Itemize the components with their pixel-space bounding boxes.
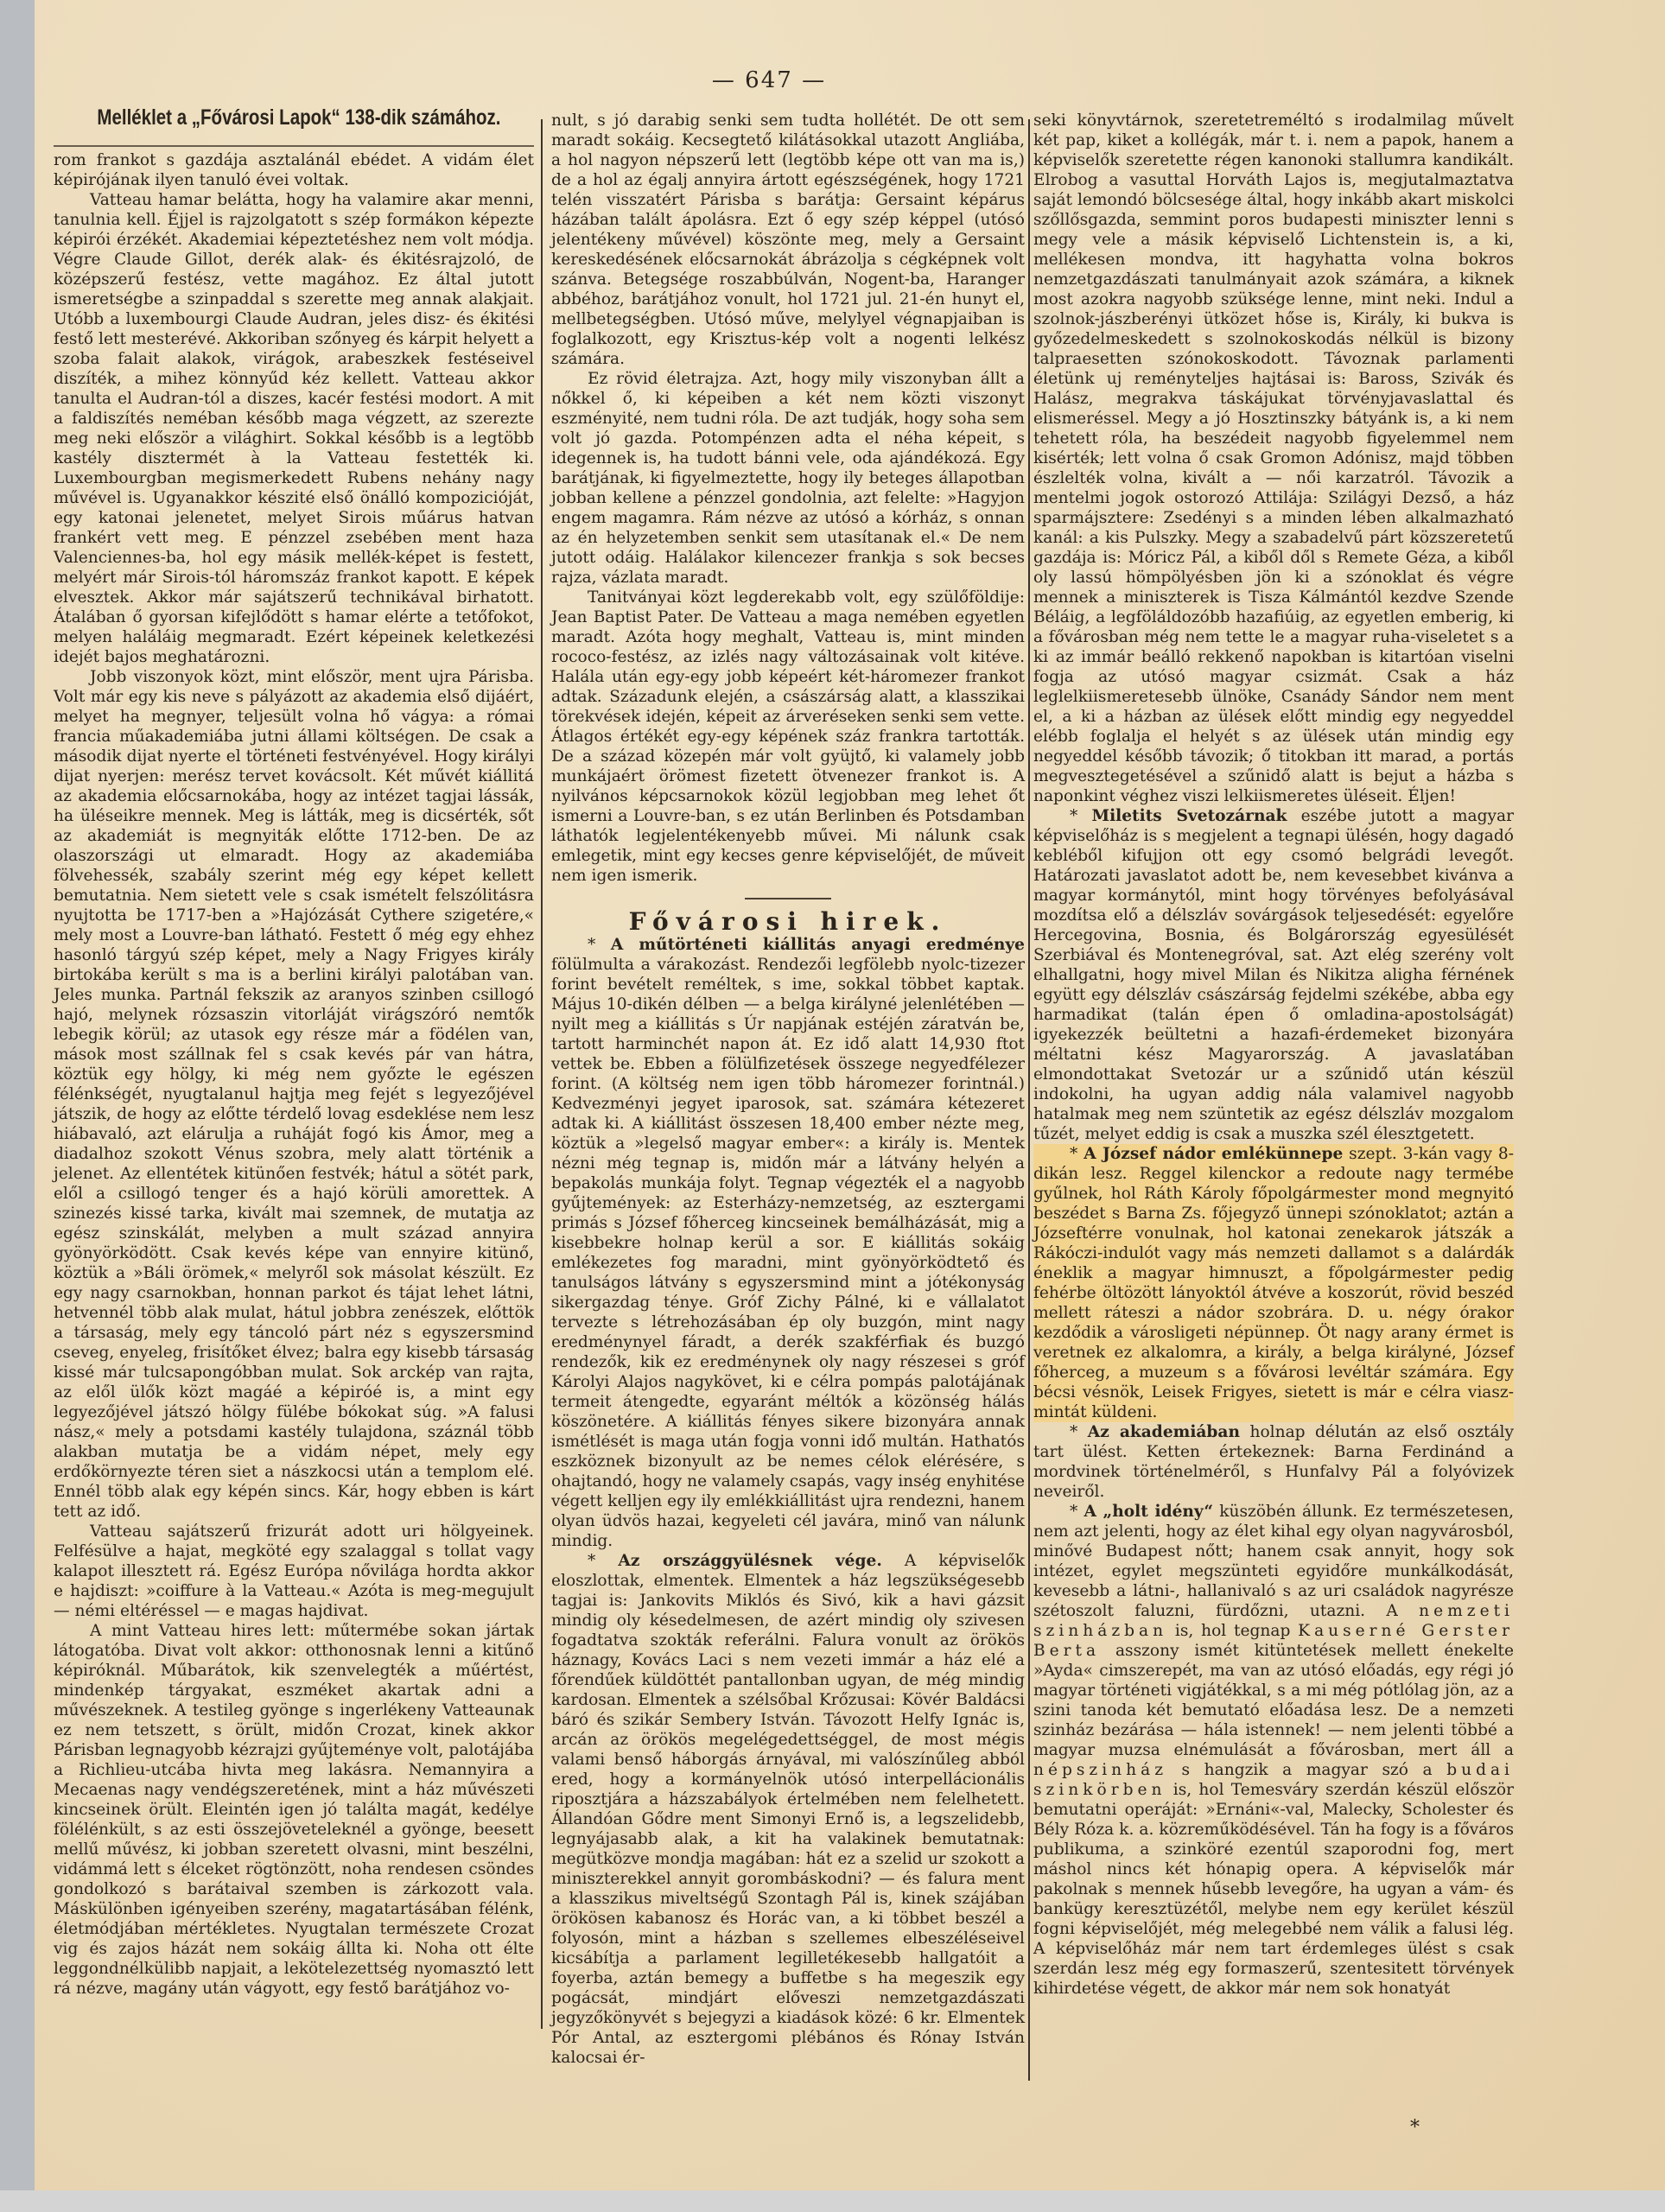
news-heading: Az országgyülésnek vége. xyxy=(618,1552,881,1570)
news-heading: Az akademiában xyxy=(1088,1423,1240,1441)
article-paragraph: Vatteau hamar belátta, hogy ha valamire … xyxy=(54,190,534,667)
column-3: seki könyvtárnok, szeretetreméltó s irod… xyxy=(1033,111,1514,1999)
news-heading: A műtörténeti kiállitás anyagi eredménye xyxy=(611,936,1025,954)
news-heading: A „holt idény“ xyxy=(1084,1503,1213,1521)
spaced-emphasis: népszinház xyxy=(1033,1761,1167,1779)
section-divider xyxy=(745,898,831,899)
news-item: * Az akademiában holnap délután az első … xyxy=(1033,1422,1514,1502)
news-item: * A műtörténeti kiállitás anyagi eredmén… xyxy=(551,935,1025,1551)
scan-margin-left xyxy=(0,0,35,2212)
column-2: nult, s jó darabig senki sem tudta hollé… xyxy=(551,111,1025,2068)
column-divider-1 xyxy=(541,119,543,2029)
article-paragraph: Ez rövid életrajza. Azt, hogy mily viszo… xyxy=(551,369,1025,588)
page-number: — 647 — xyxy=(709,67,829,93)
news-text: fölülmulta a várakozást. Rendezői legföl… xyxy=(551,956,1025,1550)
news-text: eszébe jutott a magyar képviselőház is s… xyxy=(1033,807,1514,1143)
article-paragraph: rom frankot s gazdája asztalánál ebédet.… xyxy=(54,150,534,190)
masthead-rule xyxy=(54,145,534,147)
scan-margin-bottom xyxy=(0,2190,1665,2212)
article-paragraph: nult, s jó darabig senki sem tudta hollé… xyxy=(551,111,1025,369)
news-heading: Miletits Svetozárnak xyxy=(1092,807,1287,825)
news-item-highlighted: * A József nádor emlékünnepe szept. 3-ká… xyxy=(1033,1144,1514,1422)
news-text: A képviselők eloszlottak, elmentek. Elme… xyxy=(551,1552,1025,2067)
news-item: * A „holt idény“ küszöbén állunk. Ez ter… xyxy=(1033,1502,1514,1999)
article-paragraph: seki könyvtárnok, szeretetreméltó s irod… xyxy=(1033,111,1514,806)
article-paragraph: Vatteau sajátszerű frizurát adott uri hö… xyxy=(54,1522,534,1621)
news-item: * Miletits Svetozárnak eszébe jutott a m… xyxy=(1033,806,1514,1144)
column-divider-2 xyxy=(1028,119,1030,2081)
news-text: szept. 3-kán vagy 8-dikán lesz. Reggel k… xyxy=(1033,1145,1514,1421)
news-heading: A József nádor emlékünnepe xyxy=(1084,1145,1343,1163)
masthead: Melléklet a „Fővárosi Lapok“ 138-dik szá… xyxy=(97,105,493,130)
news-item: * Az országgyülésnek vége. A képviselők … xyxy=(551,1551,1025,2068)
article-paragraph: A mint Vatteau hires lett: műtermébe sok… xyxy=(54,1621,534,1999)
article-paragraph: Tanitványai közt legderekabb volt, egy s… xyxy=(551,588,1025,886)
column-1: rom frankot s gazdája asztalánál ebédet.… xyxy=(54,150,534,1999)
footer-asterisk-icon: * xyxy=(1410,2117,1420,2139)
article-paragraph: Jobb viszonyok közt, mint először, ment … xyxy=(54,667,534,1522)
section-title: Fővárosi hirek. xyxy=(551,912,1025,931)
